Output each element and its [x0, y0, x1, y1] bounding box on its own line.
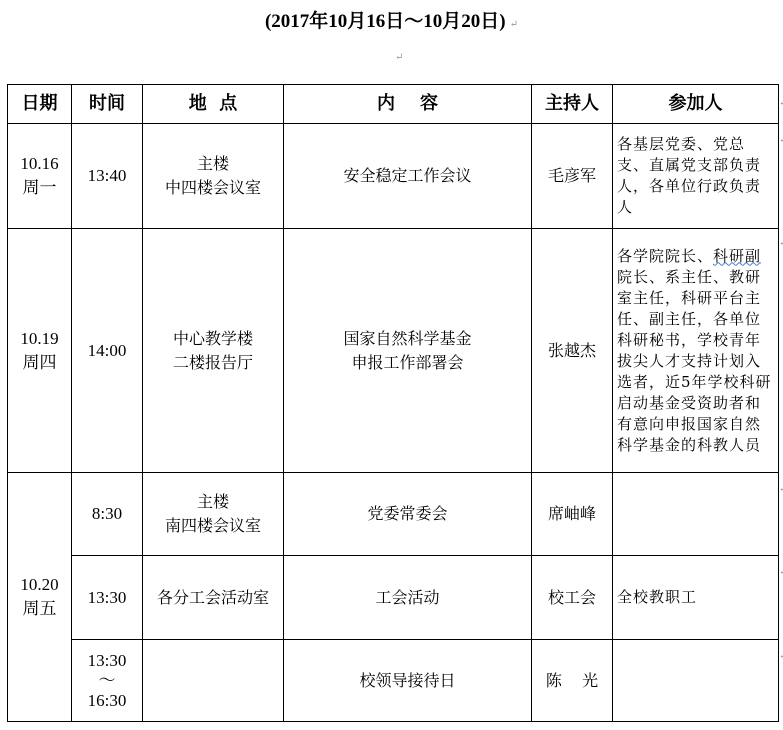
location-cell: 各分工会活动室	[143, 556, 284, 640]
date-cell: 10.16周一	[8, 124, 72, 229]
paragraph-mark-icon: ↵	[510, 19, 518, 30]
date-cell: 10.19周四	[8, 229, 72, 473]
content-cell: 校领导接待日	[284, 640, 532, 722]
header-time: 时间	[72, 85, 143, 124]
table-header-row: 日期 时间 地 点 内 容 主持人 参加人	[8, 85, 779, 124]
table-row: 10.16周一 13:40 主楼中四楼会议室 安全稳定工作会议 毛彦军 各基层党…	[8, 124, 779, 229]
schedule-table: 日期 时间 地 点 内 容 主持人 参加人 10.16周一 13:40 主楼中四…	[7, 84, 779, 722]
content-cell: 国家自然科学基金申报工作部署会	[284, 229, 532, 473]
content-cell: 工会活动	[284, 556, 532, 640]
time-cell: 8:30	[72, 473, 143, 556]
row-end-mark-icon: ↵	[779, 98, 783, 109]
paragraph-mark-icon: ↵	[395, 52, 403, 63]
participants-cell: 各学院院长、科研副院长、系主任、教研室主任，科研平台主任、副主任，各单位科研秘书…	[613, 229, 779, 473]
date-cell: 10.20周五	[8, 473, 72, 722]
row-end-mark-icon: ↵	[779, 651, 783, 662]
header-location: 地 点	[143, 85, 284, 124]
content-cell: 安全稳定工作会议	[284, 124, 532, 229]
content-cell: 党委常委会	[284, 473, 532, 556]
header-date: 日期	[8, 85, 72, 124]
document-title: (2017年10月16日～10月20日)↵	[0, 6, 783, 33]
location-cell: 主楼南四楼会议室	[143, 473, 284, 556]
location-cell	[143, 640, 284, 722]
table-row: 13:30～16:30 校领导接待日 陈 光	[8, 640, 779, 722]
host-cell: 陈 光	[532, 640, 613, 722]
table-row: 10.19周四 14:00 中心教学楼二楼报告厅 国家自然科学基金申报工作部署会…	[8, 229, 779, 473]
location-cell: 中心教学楼二楼报告厅	[143, 229, 284, 473]
participants-cell: 各基层党委、党总支、直属党支部负责人，各单位行政负责人	[613, 124, 779, 229]
row-end-mark-icon: ↵	[779, 567, 783, 578]
time-cell: 13:30	[72, 556, 143, 640]
table-row: 10.20周五 8:30 主楼南四楼会议室 党委常委会 席岫峰	[8, 473, 779, 556]
host-cell: 毛彦军	[532, 124, 613, 229]
header-host: 主持人	[532, 85, 613, 124]
participants-cell: 全校教职工	[613, 556, 779, 640]
time-cell: 14:00	[72, 229, 143, 473]
header-participants: 参加人	[613, 85, 779, 124]
table-row: 13:30 各分工会活动室 工会活动 校工会 全校教职工	[8, 556, 779, 640]
row-end-mark-icon: ↵	[779, 484, 783, 495]
row-end-mark-icon: ↵	[779, 238, 783, 249]
participants-cell	[613, 640, 779, 722]
host-cell: 席岫峰	[532, 473, 613, 556]
time-cell: 13:40	[72, 124, 143, 229]
row-end-mark-icon: ↵	[779, 135, 783, 146]
time-cell: 13:30～16:30	[72, 640, 143, 722]
host-cell: 张越杰	[532, 229, 613, 473]
host-cell: 校工会	[532, 556, 613, 640]
spellcheck-underline: 科研副	[713, 247, 761, 265]
location-cell: 主楼中四楼会议室	[143, 124, 284, 229]
participants-cell	[613, 473, 779, 556]
header-content: 内 容	[284, 85, 532, 124]
